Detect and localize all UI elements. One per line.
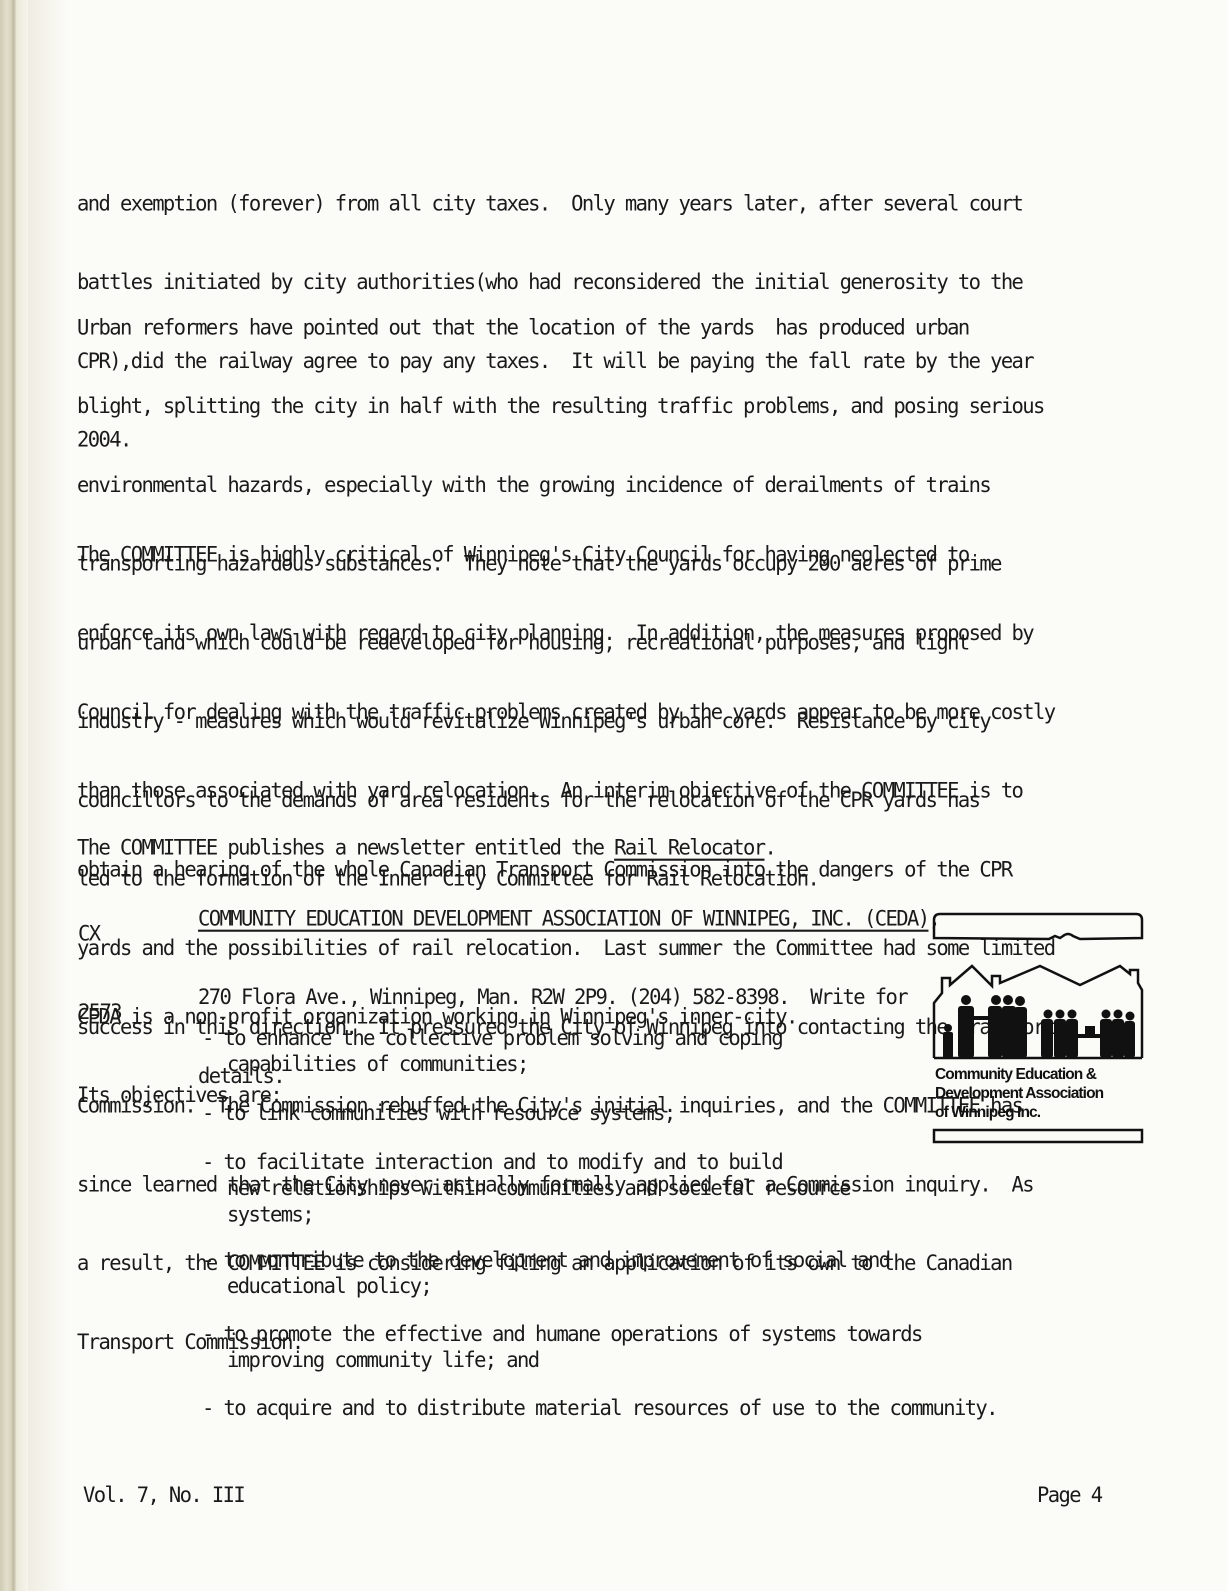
objective-line: systems;: [202, 1202, 850, 1228]
footer-page-number: Page 4: [1037, 1482, 1101, 1508]
objective-line: educational policy;: [202, 1273, 890, 1299]
entry-code-prefix: CX: [78, 921, 121, 947]
text-line: blight, splitting the city in half with …: [77, 393, 1044, 419]
page-binding-edge: [0, 0, 28, 1591]
objective-item: - to link communities with resource syst…: [202, 1100, 675, 1126]
objective-line: - to promote the effective and humane op…: [202, 1321, 922, 1347]
objective-line: - to acquire and to distribute material …: [202, 1395, 997, 1421]
logo-text-line: Community Education &: [935, 1065, 1155, 1084]
objective-line: - to enhance the collective problem solv…: [202, 1025, 782, 1051]
org-name: COMMUNITY EDUCATION DEVELOPMENT ASSOCIAT…: [198, 906, 928, 931]
objective-line: capabilities of communities;: [202, 1051, 782, 1077]
objective-line: improving community life; and: [202, 1347, 922, 1373]
text-line: Council for dealing with the traffic pro…: [77, 699, 1055, 725]
logo-text-line: Development Association: [935, 1084, 1155, 1103]
objective-line: new relationships within communities and…: [202, 1175, 850, 1201]
footer-volume: Vol. 7, No. III: [83, 1482, 244, 1508]
objective-line: - to contribute to the development and i…: [202, 1247, 890, 1273]
objective-item: - to enhance the collective problem solv…: [202, 1025, 782, 1078]
org-name-line: COMMUNITY EDUCATION DEVELOPMENT ASSOCIAT…: [198, 906, 939, 932]
objective-item: - to acquire and to distribute material …: [202, 1395, 997, 1421]
objective-item: - to facilitate interaction and to modif…: [202, 1149, 850, 1228]
text-line: Urban reformers have pointed out that th…: [77, 315, 1044, 341]
page-binding-shadow: [28, 0, 68, 1591]
text-line: enforce its own laws with regard to city…: [77, 620, 1055, 646]
text-line: and exemption (forever) from all city ta…: [77, 191, 1033, 217]
logo-text-line: of Winnipeg Inc.: [935, 1103, 1155, 1122]
ceda-logo-text: Community Education & Development Associ…: [935, 1065, 1155, 1122]
objective-item: - to promote the effective and humane op…: [202, 1321, 922, 1374]
objective-item: - to contribute to the development and i…: [202, 1247, 890, 1300]
objective-line: - to link communities with resource syst…: [202, 1100, 675, 1126]
text-line: The COMMITTEE is highly critical of Winn…: [77, 542, 1055, 568]
objective-line: - to facilitate interaction and to modif…: [202, 1149, 850, 1175]
